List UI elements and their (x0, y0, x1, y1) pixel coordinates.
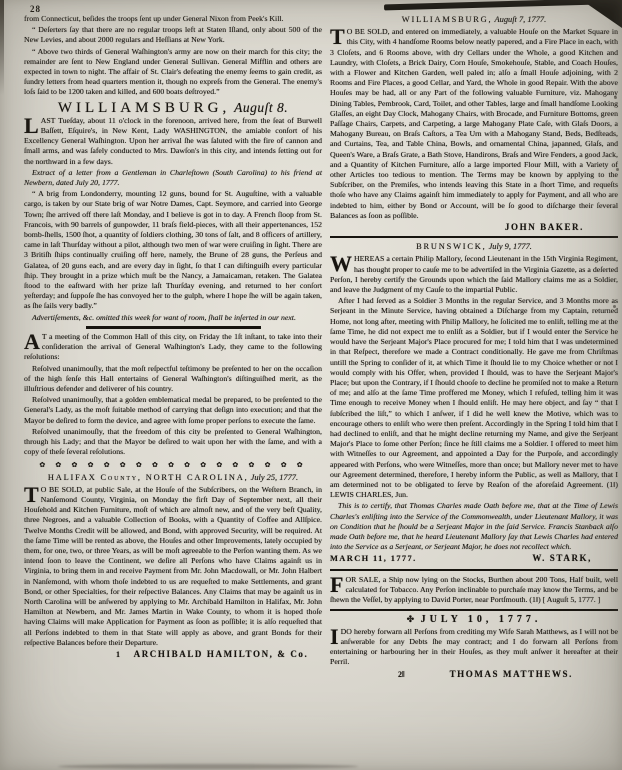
dateline-williamsburg-aug8: WILLIAMSBURG, Auguſt 8. (24, 103, 322, 113)
column-rule (330, 236, 618, 238)
dateline-brunswick: BRUNSWICK, July 9, 1777. (330, 242, 618, 252)
news-fragment: from Connecticut, beſides the troops ſen… (24, 14, 322, 24)
dateline-place: HALIFAX County, NORTH CAROLINA, (48, 473, 249, 482)
dateline-williamsburg-aug7: WILLIAMSBURG, Auguſt 7, 1777. (330, 15, 618, 25)
dateline-halifax: HALIFAX County, NORTH CAROLINA, July 25,… (24, 473, 322, 483)
notice-text: T a meeting of the Common Hall of this c… (24, 332, 322, 361)
ad-text: O BE SOLD, at public Sale, at the Houſe … (24, 485, 322, 647)
left-column: from Connecticut, beſides the troops ſen… (24, 14, 322, 662)
insertion-mark: 2‖ (330, 670, 405, 680)
column-rule (330, 569, 618, 571)
drop-cap: I (330, 627, 341, 645)
dateline-city: WILLIAMSBURG, (58, 100, 230, 116)
resolution-1: Reſolved unanimouſly, that the moſt reſp… (24, 364, 322, 395)
advertisements-note: Advertiſements, &c. omitted this week fo… (24, 313, 322, 323)
drop-cap: T (330, 27, 347, 45)
common-hall-notice: AT a meeting of the Common Hall of this … (24, 332, 322, 363)
news-item-washington-march: “ Above two thirds of General Waſhington… (24, 47, 322, 98)
scan-shadow-left (0, 0, 4, 95)
right-column: WILLIAMSBURG, Auguſt 7, 1777. TO BE SOLD… (330, 14, 618, 682)
dateline-date: July 25, 1777. (251, 473, 298, 482)
drop-cap: W (330, 254, 354, 272)
drop-cap: T (24, 485, 41, 503)
scan-smudge-bottom (58, 764, 358, 769)
drop-cap: F (330, 575, 345, 593)
certification-date: MARCH 11, 1777. (330, 554, 417, 564)
certification-text: This is to certify, that Thomas Charles … (330, 501, 618, 552)
ad-text: O BE SOLD, and entered on immediately, a… (330, 27, 618, 220)
signature-row: 2‖ THOMAS MATTHEWS. (330, 669, 618, 680)
dateline-date: Auguſt 8. (234, 100, 288, 115)
dateline-date: July 9, 1777. (489, 242, 532, 251)
matthews-notice: IDO hereby forwarn all Perſons from cred… (330, 627, 618, 668)
ad-text: OR SALE, a Ship now lying on the Stocks,… (330, 575, 618, 604)
column-rule (330, 609, 618, 611)
resolution-3: Reſolved unanimouſly, that the freedom o… (24, 427, 322, 458)
signature-stark: W. STARK, (532, 553, 618, 563)
signature-row: MARCH 11, 1777. W. STARK, (330, 553, 618, 564)
signature-baker: JOHN BAKER. (505, 222, 618, 232)
mallory-notice-body: After I had ſerved as a Soldier 3 Months… (330, 296, 618, 500)
letter-extract-body: “ A brig from Londonderry, mounting 12 g… (24, 189, 322, 311)
halifax-sale-ad: TO BE SOLD, at public Sale, at the Houſe… (24, 485, 322, 648)
signature-row: 1 ARCHIBALD HAMILTON, & Co. (24, 649, 322, 660)
dateline-july10: ✤ JULY 10, 1777. (330, 615, 618, 625)
news-item-deserters: “ Deſerters ſay that there are no regula… (24, 25, 322, 45)
dateline-city: BRUNSWICK, (416, 242, 486, 251)
ship-sale-ad: FOR SALE, a Ship now lying on the Stocks… (330, 575, 618, 606)
news-item-lady-washington: LAST Tueſday, about 11 o'clock in the fo… (24, 116, 322, 167)
notice-text: DO hereby forwarn all Perſons from credi… (330, 627, 618, 667)
signature-hamilton: ARCHIBALD HAMILTON, & Co. (120, 649, 322, 659)
newspaper-page: 28 from Connecticut, beſides the troops … (0, 0, 622, 770)
notice-text: HEREAS a certain Philip Mallory, ſecond … (330, 254, 618, 294)
news-text: AST Tueſday, about 11 o'clock in the for… (24, 116, 322, 166)
resolution-2: Reſolved unanimouſly, that a golden embl… (24, 395, 322, 426)
dateline-city: WILLIAMSBURG, (402, 15, 493, 24)
section-rule (86, 326, 261, 329)
baker-house-ad: TO BE SOLD, and entered on immediately, … (330, 27, 618, 221)
dateline-date: Auguſt 7, 1777. (495, 15, 547, 24)
floral-divider: ✿ ✿ ✿ ✿ ✿ ✿ ✿ ✿ ✿ ✿ ✿ ✿ ✿ ✿ ✿ ✿ ✿ (24, 460, 322, 470)
page-number: 28 (30, 4, 41, 14)
scan-shadow-top (384, 0, 622, 10)
dateline-date: JULY 10, 1777. (421, 614, 542, 625)
drop-cap: L (24, 116, 41, 134)
mallory-notice-intro: WHEREAS a certain Philip Mallory, ſecond… (330, 254, 618, 295)
leaf-ornament-icon: ✤ (407, 615, 415, 625)
signature-row: JOHN BAKER. (330, 222, 618, 232)
signature-matthews: THOMAS MATTHEWS. (405, 669, 618, 679)
drop-cap: A (24, 332, 42, 350)
letter-extract-intro: Extract of a letter from a Gentleman in … (24, 168, 322, 188)
insertion-mark: 1 (24, 650, 120, 660)
